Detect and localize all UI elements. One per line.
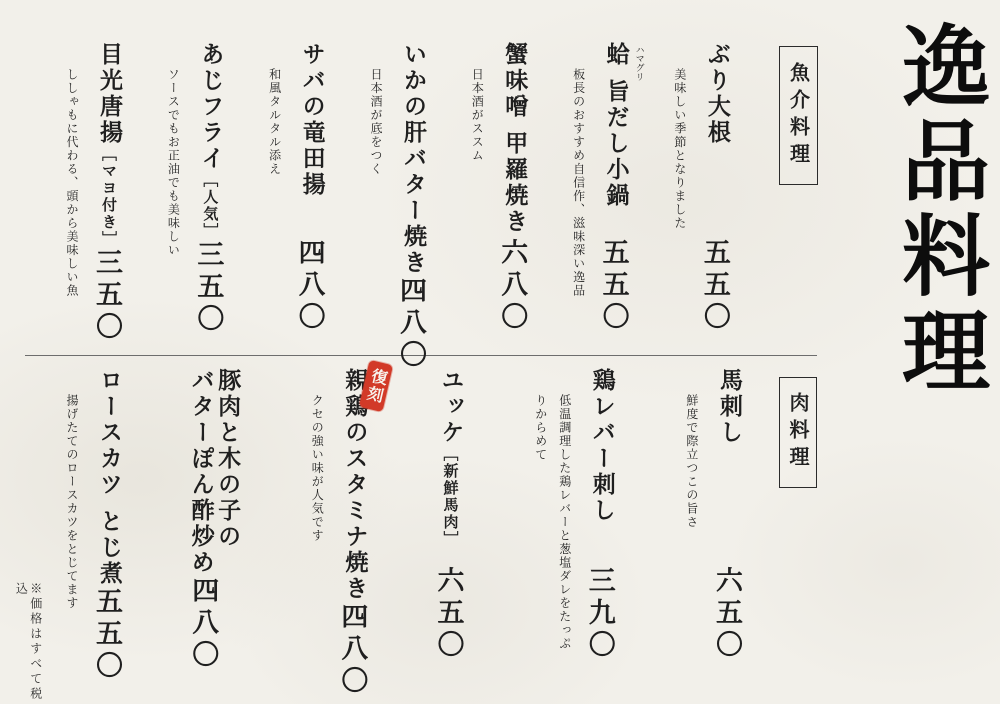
item-name: 鶏レバー刺し [584,368,615,524]
menu-item-aji-fry: あじフライ［人気］ 三五〇 ソースでもお正油でも美味しい [161,42,223,334]
item-description: 低温調理した鶏レバーと葱塩ダレをたっぷりからめて [529,368,577,662]
item-name: 蟹味噌 甲羅焼き [496,42,527,235]
menu-item-saba-tatsutaage: サバの竜田揚 四八〇 和風タルタル添え [263,42,325,334]
item-description: 日本酒がススム [465,42,489,334]
item-name: ぶり大根 [699,42,730,146]
item-price: 三五〇 [91,248,122,344]
ruby-base: 蛤ハマグリ [603,42,630,68]
item-price: 四八〇 [336,602,367,698]
item-main-column: 蛤ハマグリ 旨だし小鍋 五五〇 [598,42,629,334]
menu-item-ika-kimo-butter: いかの肝バター焼き 四八〇 日本酒が底をつく [364,42,426,334]
item-name: 豚肉と木の子のバターぽん酢炒め [187,368,240,576]
item-name: いかの肝バター焼き [395,42,426,276]
item-description: クセの強い味が人気です [305,368,329,662]
item-price: 五五〇 [699,238,730,334]
item-description: 美味しい季節となりました [668,42,692,334]
menu-item-hamaguri-konabe: 蛤ハマグリ 旨だし小鍋 五五〇 板長のおすすめ自信作、滋味深い逸品 [567,42,629,334]
item-description: 鮮度で際立つこの旨さ [680,368,704,662]
item-main-column: 親鶏のスタミナ焼き 四八〇 [336,368,367,662]
menu-item-butaniku-kinoko-butter-ponzu: 豚肉と木の子のバターぽん酢炒め 四八〇 [187,368,240,662]
item-description: ソースでもお正油でも美味しい [161,42,185,334]
item-description: 揚げたてのロースカツをとじてます [60,368,84,662]
menu-item-basashi: 馬刺し 六五〇 鮮度で際立つこの旨さ [680,368,742,662]
item-price: 三九〇 [584,566,615,662]
item-main-column: ロースカツ とじ煮 五五〇 [91,368,122,662]
section-label-seafood: 魚介料理 [779,46,818,185]
furigana-label: ハマグリ [634,45,643,81]
item-name-note: ［マヨ付き］ [100,146,118,248]
item-description: ししゃもに代わる、頭から美味しい魚 [60,42,84,334]
item-description: 和風タルタル添え [263,42,287,334]
item-name: ロースカツ とじ煮 [91,368,122,587]
seafood-item-list: ぶり大根 五五〇 美味しい季節となりました 蛤ハマグリ 旨だし小鍋 五五〇 板長… [60,42,760,334]
item-name: サバの竜田揚 [294,42,325,198]
item-price: 四八〇 [294,238,325,334]
item-price: 六五〇 [711,566,742,662]
page-title: 逸品料理 [896,20,984,400]
menu-item-yukke: ユッケ［新鮮馬肉］ 六五〇 [432,368,463,662]
meat-item-list: 馬刺し 六五〇 鮮度で際立つこの旨さ 鶏レバー刺し 三九〇 低温調理した鶏レバー… [60,368,760,662]
item-name: 蛤ハマグリ 旨だし小鍋 [598,42,629,209]
item-name: 目光唐揚［マヨ付き］ [91,42,122,248]
item-main-column: 目光唐揚［マヨ付き］ 三五〇 [91,42,122,334]
section-label-meat: 肉料理 [779,377,817,488]
item-main-column: サバの竜田揚 四八〇 [294,42,325,334]
menu-item-mehikari-karaage: 目光唐揚［マヨ付き］ 三五〇 ししゃもに代わる、頭から美味しい魚 [60,42,122,334]
item-main-column: 蟹味噌 甲羅焼き 六八〇 [496,42,527,334]
item-main-column: ぶり大根 五五〇 [699,42,730,334]
menu-item-oyadori-stamina-yaki: 復刻 親鶏のスタミナ焼き 四八〇 クセの強い味が人気です [305,368,367,662]
item-main-column: 豚肉と木の子のバターぽん酢炒め 四八〇 [187,368,240,662]
item-price: 三五〇 [192,240,223,336]
item-name: あじフライ［人気］ [192,42,223,240]
item-name: ユッケ［新鮮馬肉］ [432,368,463,548]
item-main-column: いかの肝バター焼き 四八〇 [395,42,426,334]
item-name-note: ［人気］ [201,172,219,240]
item-price: 五五〇 [598,238,629,334]
item-price: 四八〇 [395,276,426,372]
item-price: 五五〇 [91,587,122,683]
item-description: 板長のおすすめ自信作、滋味深い逸品 [567,42,591,334]
menu-item-rosukatsu-tojini: ロースカツ とじ煮 五五〇 揚げたてのロースカツをとじてます [60,368,122,662]
item-description: 日本酒が底をつく [364,42,388,334]
item-main-column: ユッケ［新鮮馬肉］ 六五〇 [432,368,463,662]
item-name: 馬刺し [711,368,742,446]
menu-item-tori-liver-sashi: 鶏レバー刺し 三九〇 低温調理した鶏レバーと葱塩ダレをたっぷりからめて [529,368,615,662]
menu-item-buri-daikon: ぶり大根 五五〇 美味しい季節となりました [668,42,730,334]
item-price: 六五〇 [432,566,463,662]
item-main-column: あじフライ［人気］ 三五〇 [192,42,223,334]
item-main-column: 馬刺し 六五〇 [711,368,742,662]
menu-page: 逸品料理 魚介料理 肉料理 ぶり大根 五五〇 美味しい季節となりました 蛤ハマグ… [0,0,1000,704]
tax-note: ※価格はすべて税込 [14,582,43,704]
item-name-note: ［新鮮馬肉］ [442,446,460,548]
item-main-column: 鶏レバー刺し 三九〇 [584,368,615,662]
item-price: 六八〇 [496,238,527,334]
menu-item-kanimiso-kourayaki: 蟹味噌 甲羅焼き 六八〇 日本酒がススム [465,42,527,334]
item-price: 四八〇 [187,576,218,672]
